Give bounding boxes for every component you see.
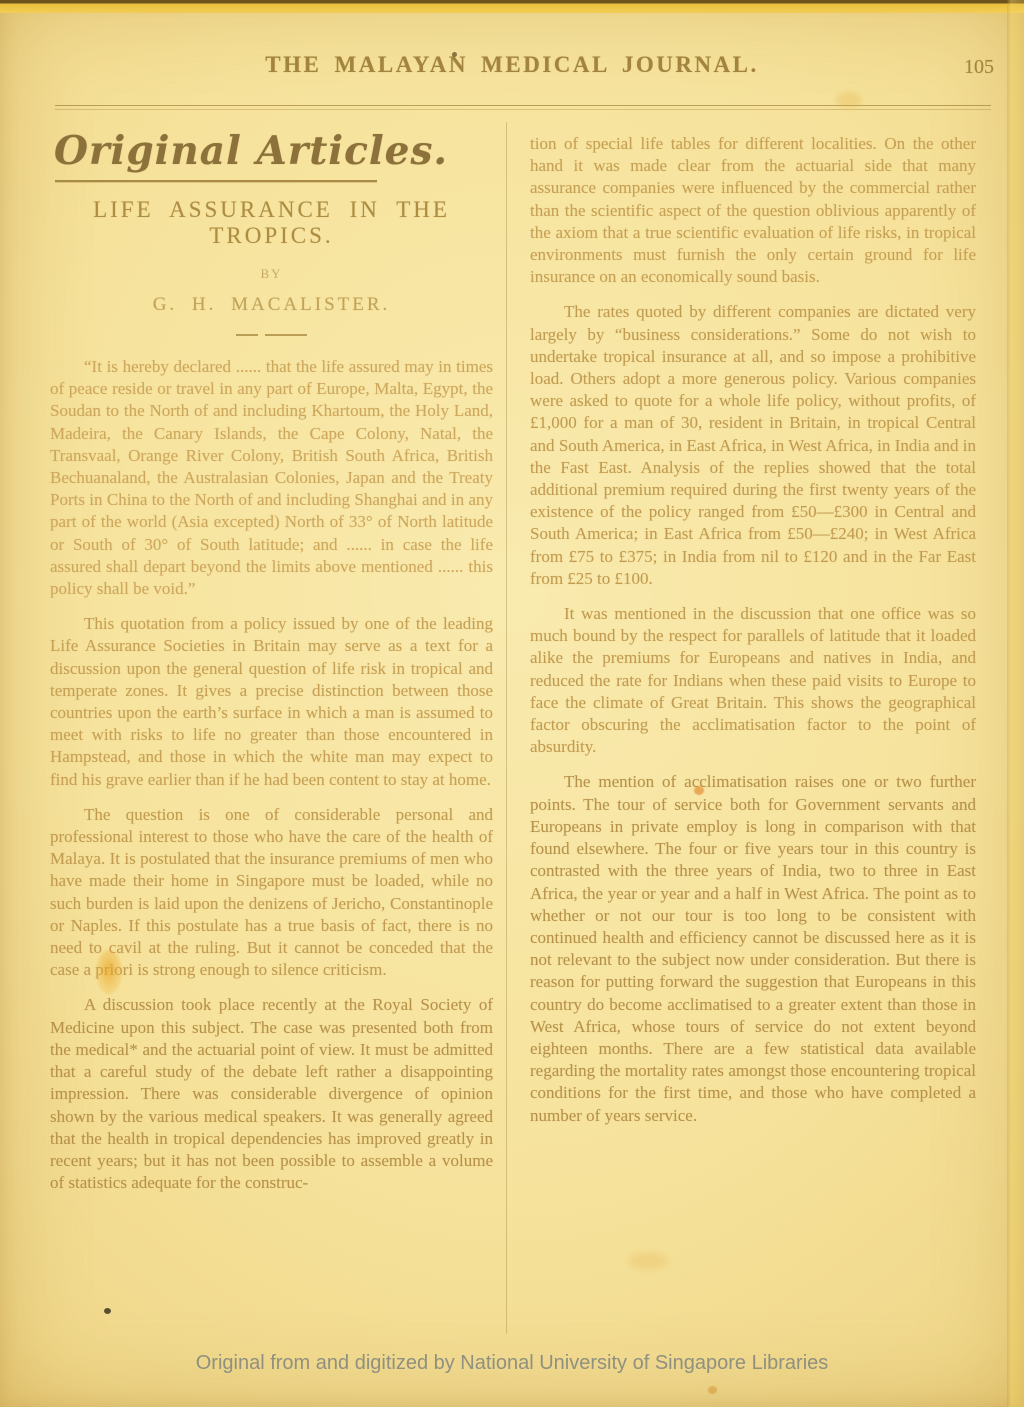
scan-top-edge-band: [0, 0, 1024, 13]
paper-stain: [708, 1386, 717, 1394]
header-rule: [55, 105, 991, 110]
paragraph-continuation: tion of special life tables for differen…: [530, 133, 976, 288]
byline-label: BY: [50, 266, 493, 282]
section-heading: Original Articles.: [50, 128, 493, 174]
paragraph: The rates quoted by different companies …: [530, 301, 976, 590]
ink-speck: [104, 1308, 111, 1314]
journal-running-title: THE MALAYAN MEDICAL JOURNAL.: [0, 52, 1024, 78]
paragraph: It was mentioned in the discussion that …: [530, 603, 976, 758]
paragraph: This quotation from a policy issued by o…: [50, 613, 493, 791]
paragraph-quote: “It is hereby declared ...... that the l…: [50, 356, 493, 600]
digitization-credit: Original from and digitized by National …: [0, 1352, 1024, 1375]
paragraph: The mention of acclimatisation raises on…: [530, 771, 976, 1126]
left-column: Original Articles. LIFE ASSURANCE IN THE…: [50, 128, 493, 1207]
paragraph: The question is one of considerable pers…: [50, 804, 493, 982]
right-column: tion of special life tables for differen…: [530, 133, 976, 1140]
divider-dash-short: [236, 334, 258, 336]
article-title: LIFE ASSURANCE IN THE TROPICS.: [50, 197, 493, 249]
scan-page-right-edge: [1007, 0, 1024, 1407]
paper-stain: [628, 1252, 668, 1270]
column-divider-rule: [506, 122, 507, 1334]
author-name: G. H. MACALISTER.: [50, 294, 493, 316]
scanned-journal-page: THE MALAYAN MEDICAL JOURNAL. 105 Origina…: [0, 0, 1024, 1407]
author-divider: [50, 334, 493, 336]
section-heading-underline: [55, 180, 377, 183]
paragraph: A discussion took place recently at the …: [50, 994, 493, 1194]
divider-dash-long: [265, 334, 307, 336]
page-number: 105: [964, 56, 994, 79]
